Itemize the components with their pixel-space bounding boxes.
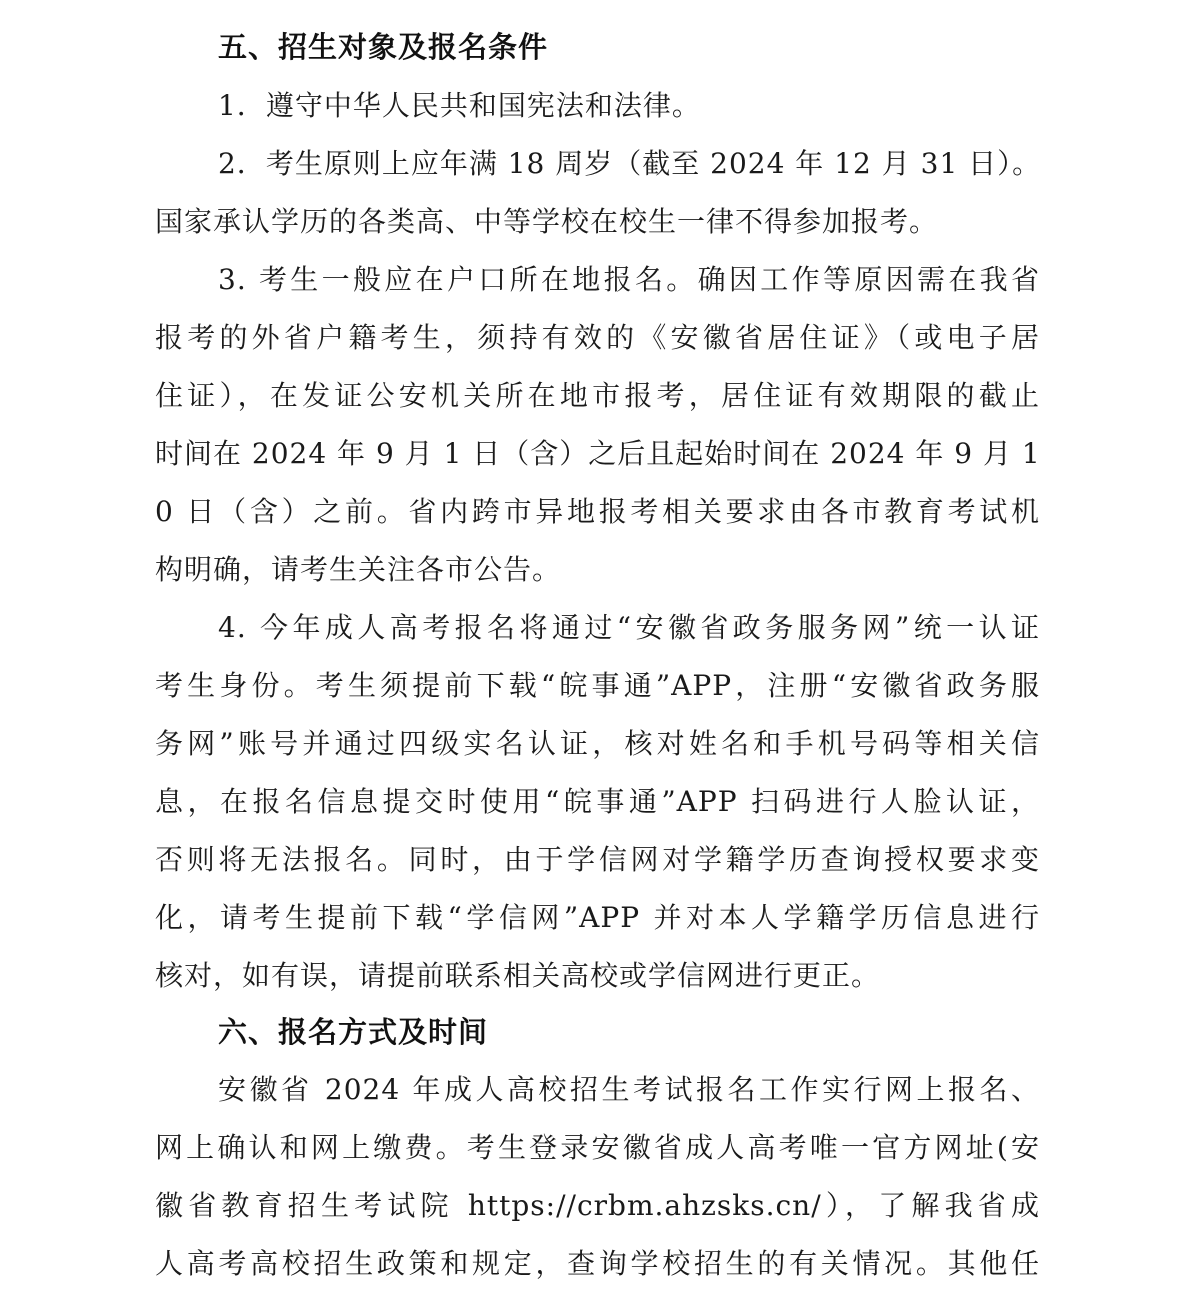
paragraph-line: 徽省教育招生考试院 https://crbm.ahzsks.cn/），了解我省成 xyxy=(155,1177,1040,1235)
section-heading-5: 五、招生对象及报名条件 xyxy=(218,18,548,76)
paragraph-line: 否则将无法报名。同时，由于学信网对学籍学历查询授权要求变 xyxy=(155,831,1040,889)
section-heading-6: 六、报名方式及时间 xyxy=(218,1003,488,1061)
paragraph-line: 安徽省 2024 年成人高校招生考试报名工作实行网上报名、 xyxy=(218,1061,1040,1119)
paragraph-line: 国家承认学历的各类高、中等学校在校生一律不得参加报考。 xyxy=(155,193,1040,251)
paragraph-line: 住证），在发证公安机关所在地市报考，居住证有效期限的截止 xyxy=(155,367,1040,425)
paragraph-line: 时间在 2024 年 9 月 1 日（含）之后且起始时间在 2024 年 9 月… xyxy=(155,425,1040,483)
paragraph-line: 构明确，请考生关注各市公告。 xyxy=(155,541,1040,599)
paragraph-line: 2．考生原则上应年满 18 周岁（截至 2024 年 12 月 31 日）。 xyxy=(218,135,1040,193)
paragraph-line: 报考的外省户籍考生，须持有效的《安徽省居住证》（或电子居 xyxy=(155,309,1040,367)
paragraph-line: 0 日（含）之前。省内跨市异地报考相关要求由各市教育考试机 xyxy=(155,483,1040,541)
paragraph-line: 考生身份。考生须提前下载“皖事通”APP，注册“安徽省政务服 xyxy=(155,657,1040,715)
paragraph-line: 4. 今年成人高考报名将通过“安徽省政务服务网”统一认证 xyxy=(218,599,1040,657)
paragraph-line: 网上确认和网上缴费。考生登录安徽省成人高考唯一官方网址(安 xyxy=(155,1119,1040,1177)
paragraph-line: 息，在报名信息提交时使用“皖事通”APP 扫码进行人脸认证， xyxy=(155,773,1040,831)
paragraph-line: 核对，如有误，请提前联系相关高校或学信网进行更正。 xyxy=(155,947,1040,1005)
paragraph-line: 人高考高校招生政策和规定，查询学校招生的有关情况。其他任 xyxy=(155,1235,1040,1293)
paragraph-line: 3. 考生一般应在户口所在地报名。确因工作等原因需在我省 xyxy=(218,251,1040,309)
document-page: 五、招生对象及报名条件 1．遵守中华人民共和国宪法和法律。 2．考生原则上应年满… xyxy=(0,0,1190,1299)
paragraph-line: 务网”账号并通过四级实名认证，核对姓名和手机号码等相关信 xyxy=(155,715,1040,773)
paragraph-line: 化，请考生提前下载“学信网”APP 并对本人学籍学历信息进行 xyxy=(155,889,1040,947)
paragraph-line: 1．遵守中华人民共和国宪法和法律。 xyxy=(218,77,1040,135)
